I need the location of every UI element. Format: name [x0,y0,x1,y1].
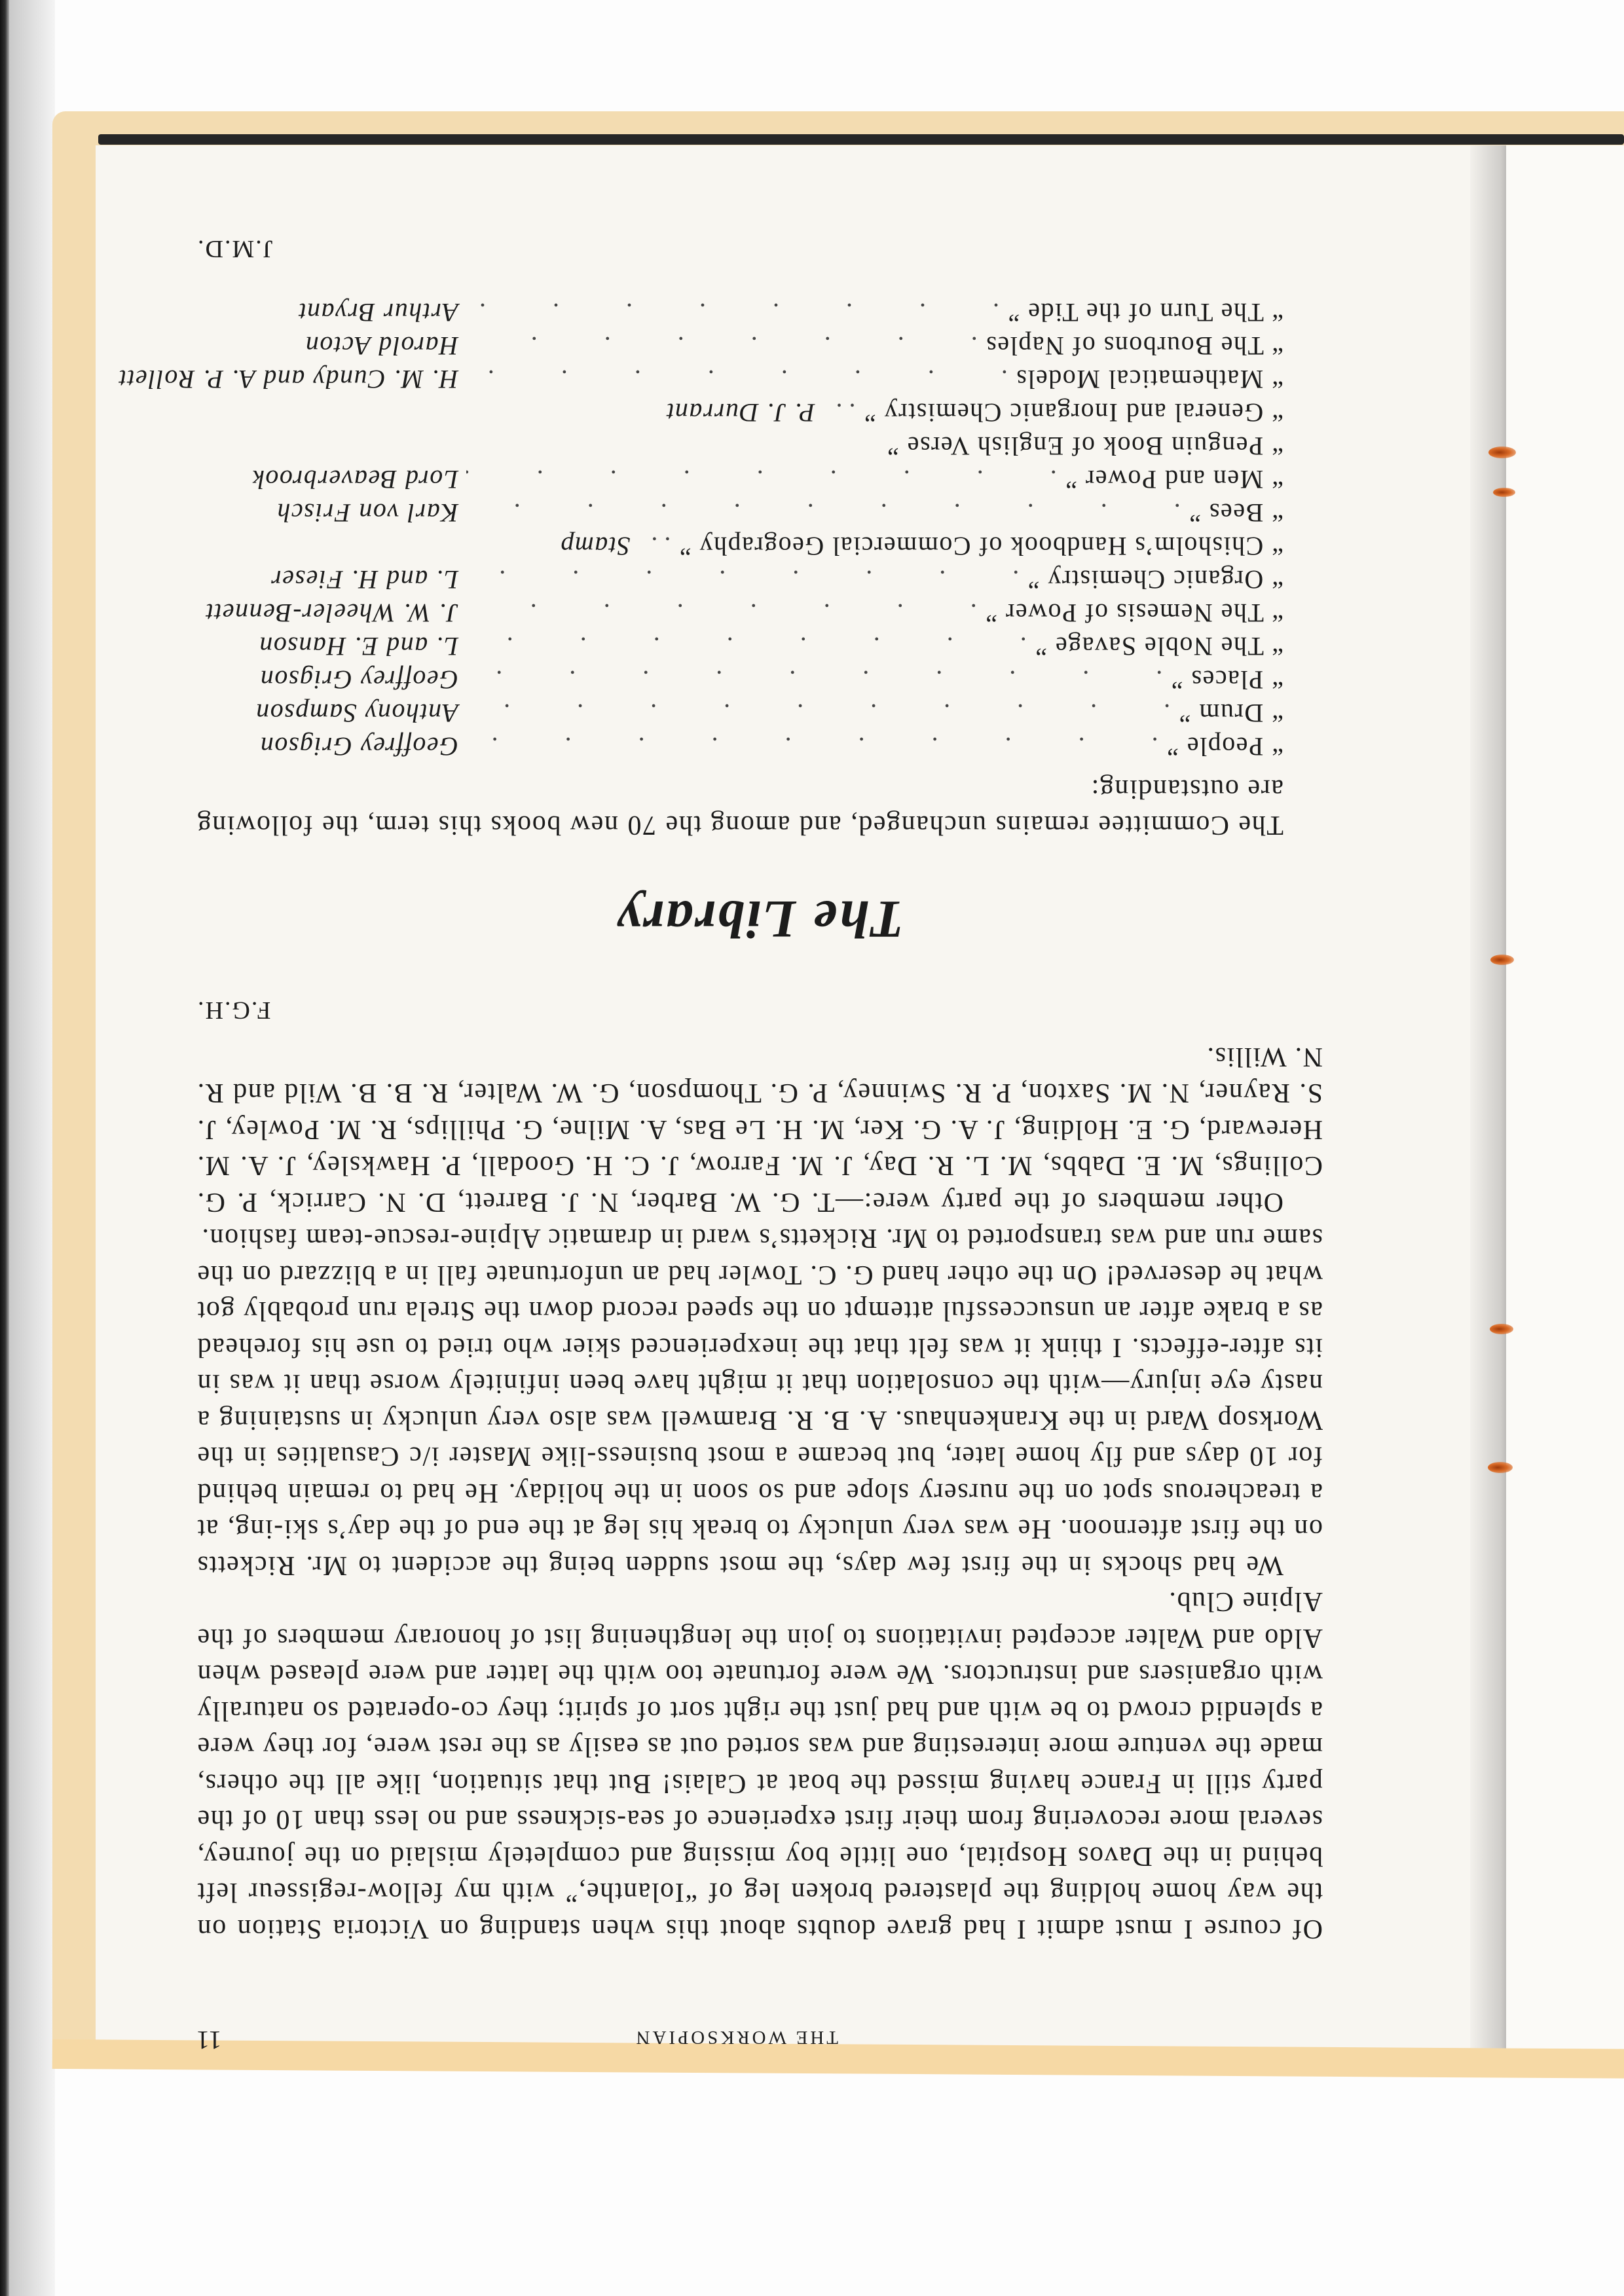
book-entry: “ Drum ”. . . . . . . . . . . . . . . . … [196,697,1283,731]
book-title: “ People ” [1166,731,1283,764]
book-author: L. and E. Hanson [196,630,458,664]
dot-leader: . . . . . . . . . . . . . . . . . [651,530,671,564]
book-title: “ Places ” [1170,664,1283,697]
book-author: L. and H. Fieser [196,564,458,597]
book-entry: “ The Bourbons of Naples. . . . . . . . … [196,330,1283,363]
book-author: Lord Beaverbrook [196,464,458,497]
dot-leader: . . . . . . . . . . . . . . . . . [466,330,978,363]
book-title: “ Organic Chemistry ” [1027,564,1283,597]
printed-page: THE WORKSOPIAN 11 Of course I must admit… [196,354,1323,2056]
dot-leader: . . . . . . . . . . . . . . . . . [836,397,855,430]
book-author: Stamp [560,530,631,564]
book-title: “ The Noble Savage ” [1035,630,1283,664]
book-author: Harold Acton [196,330,458,363]
staple-rust-mark [1493,488,1515,497]
book-author: J. W. Wheeler-Bennett [196,597,458,630]
book-author: Geoffrey Grigson [196,664,458,697]
dot-leader: . . . . . . . . . . . . . . . . . [466,597,977,630]
publication-title: THE WORKSOPIAN [634,2026,838,2048]
book-author: Anthony Sampson [196,697,458,731]
book-author: P. J. Durrant [666,397,815,430]
book-entry: “ People ”. . . . . . . . . . . . . . . … [196,731,1283,764]
library-intro: The Committee remains unchanged, and amo… [196,771,1323,843]
dot-leader: . . . . . . . . . . . . . . . . . [466,363,1008,397]
staple-rust-mark [1490,1324,1513,1334]
book-entry: “ Bees ”. . . . . . . . . . . . . . . . … [196,497,1283,530]
dot-leader: . . . . . . . . . . . . . . . . . [466,697,1170,731]
book-title: “ The Bourbons of Naples [986,330,1283,363]
book-title: “ Drum ” [1178,697,1283,731]
book-entry: “ Organic Chemistry ”. . . . . . . . . .… [196,564,1283,597]
book-title: “ General and Inorganic Chemistry ” [863,397,1283,430]
book-entry: “ Chisholm’s Handbook of Commercial Geog… [196,530,1283,564]
book-title: “ Penguin Book of English Verse ” [887,430,1283,464]
book-list: “ People ”. . . . . . . . . . . . . . . … [196,297,1283,764]
book-author: Arthur Bryant [196,297,458,330]
book-author: Geoffrey Grigson [196,731,458,764]
book-entry: “ Penguin Book of English Verse ” [196,430,1283,464]
binding-edge-line [98,134,1624,145]
dot-leader: . . . . . . . . . . . . . . . . . [466,630,1027,664]
book-title: “ The Turn of the Tide ” [1007,297,1283,330]
book-entry: “ The Noble Savage ”. . . . . . . . . . … [196,630,1283,664]
running-head: THE WORKSOPIAN 11 [196,2025,1323,2056]
scanner-edge [0,0,9,2296]
dot-leader: . . . . . . . . . . . . . . . . . [466,297,999,330]
dot-leader: . . . . . . . . . . . . . . . . . [466,564,1019,597]
book-entry: “ Places ”. . . . . . . . . . . . . . . … [196,664,1283,697]
book-title: “ The Nemesis of Power ” [985,597,1283,630]
article-paragraph: Of course I must admit I had grave doubt… [196,1583,1323,1946]
staple-rust-mark [1488,446,1516,458]
book-entry: “ Men and Power ”. . . . . . . . . . . .… [196,464,1283,497]
library-signature: J.M.D. [196,235,1323,264]
dot-leader: . . . . . . . . . . . . . . . . . [466,731,1158,764]
scanner-shadow [9,0,55,2296]
page-number: 11 [196,2025,222,2056]
article-signature: F.G.H. [196,996,1323,1025]
facing-page-edge [1506,145,1624,2054]
book-entry: “ Mathematical Models. . . . . . . . . .… [196,363,1283,397]
dot-leader: . . . . . . . . . . . . . . . . . [466,464,1057,497]
page-gutter [1470,145,1506,2054]
staple-rust-mark [1488,1462,1513,1473]
article-paragraph: We had shocks in the first few days, the… [196,1220,1323,1583]
book-title: “ Men and Power ” [1065,464,1283,497]
book-author: H. M. Cundy and A. P. Rollett [196,363,458,397]
book-entry: “ General and Inorganic Chemistry ”. . .… [196,397,1283,430]
book-title: “ Chisholm’s Handbook of Commercial Geog… [678,530,1283,564]
dot-leader: . . . . . . . . . . . . . . . . . [466,664,1162,697]
book-author: Karl von Frisch [196,497,458,530]
library-section: The Committee remains unchanged, and amo… [196,235,1323,843]
staple-rust-mark [1490,955,1514,965]
article-paragraph: Other members of the party were:—T. G. W… [196,1038,1323,1220]
book-title: “ Bees ” [1189,497,1283,530]
dot-leader: . . . . . . . . . . . . . . . . . [466,497,1181,530]
ski-trip-article: Of course I must admit I had grave doubt… [196,996,1323,1947]
library-heading: The Library [196,889,1323,951]
book-title: “ Mathematical Models [1016,363,1283,397]
book-entry: “ The Nemesis of Power ”. . . . . . . . … [196,597,1283,630]
book-entry: “ The Turn of the Tide ”. . . . . . . . … [196,297,1283,330]
